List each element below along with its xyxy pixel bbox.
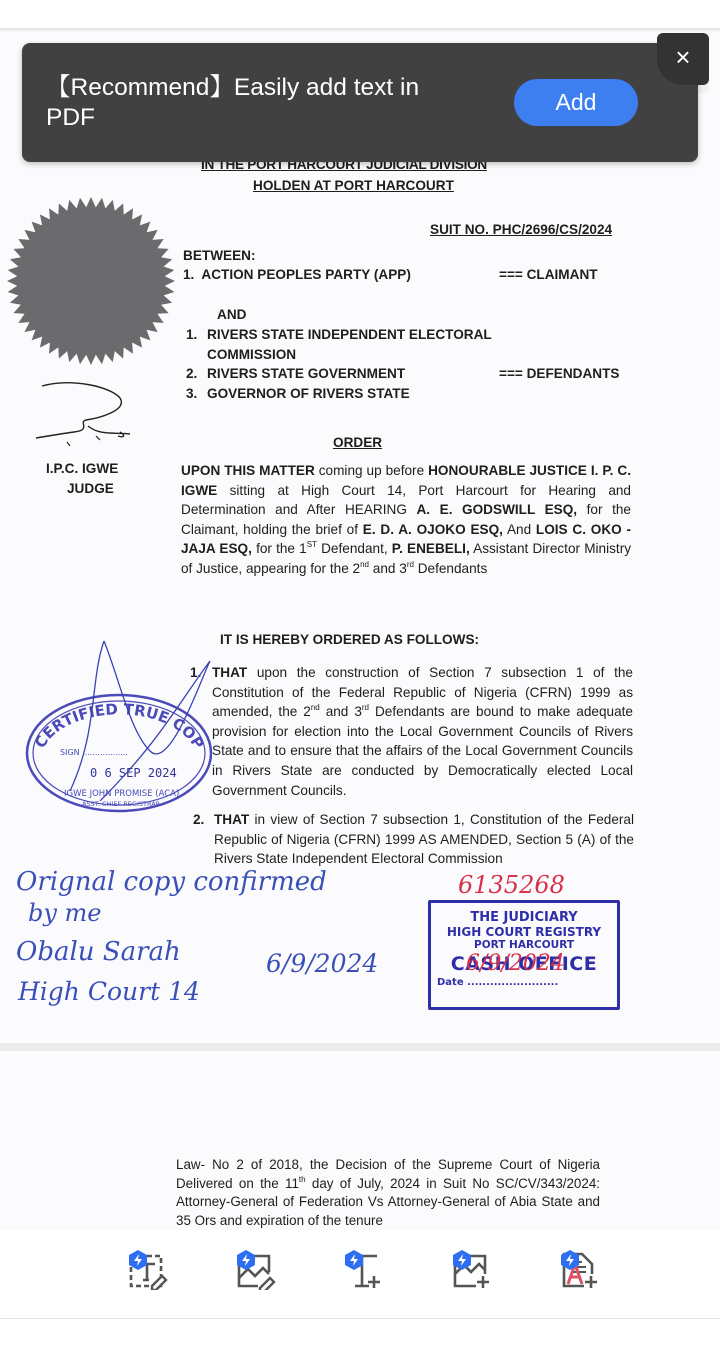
order-1-text: THAT upon the construction of Section 7 … bbox=[212, 663, 633, 800]
handwritten-note-line-1: Orignal copy confirmed bbox=[16, 867, 327, 897]
svg-text:ASST. CHIEF REGISTRAR: ASST. CHIEF REGISTRAR bbox=[82, 800, 161, 808]
and-label: AND bbox=[217, 305, 246, 325]
between-label: BETWEEN: bbox=[183, 246, 256, 266]
order-preamble: UPON THIS MATTER coming up before HONOUR… bbox=[181, 461, 631, 579]
premium-badge-icon bbox=[128, 1250, 148, 1270]
defendant-item: COMMISSION bbox=[186, 345, 492, 365]
top-bar bbox=[0, 0, 720, 29]
premium-badge-icon bbox=[452, 1250, 472, 1270]
claimant-role: === CLAIMANT bbox=[499, 265, 598, 285]
defendant-item: 3.GOVERNOR OF RIVERS STATE bbox=[186, 384, 492, 404]
order-2-text: THAT in view of Section 7 subsection 1, … bbox=[214, 810, 634, 869]
ordered-heading: IT IS HEREBY ORDERED AS FOLLOWS: bbox=[220, 630, 479, 650]
order-heading: ORDER bbox=[333, 433, 382, 453]
premium-badge-icon bbox=[236, 1250, 256, 1270]
edit-toolbar bbox=[0, 1230, 720, 1319]
premium-badge-icon bbox=[344, 1250, 364, 1270]
add-button[interactable]: Add bbox=[514, 79, 638, 126]
judge-signature-icon bbox=[30, 376, 140, 446]
defendant-item: 1.RIVERS STATE INDEPENDENT ELECTORAL bbox=[186, 325, 492, 345]
add-text-tool[interactable] bbox=[344, 1250, 390, 1296]
add-signature-tool[interactable] bbox=[560, 1250, 606, 1296]
edit-image-tool[interactable] bbox=[236, 1250, 282, 1296]
handwritten-note-date: 6/9/2024 bbox=[266, 949, 378, 978]
add-image-tool[interactable] bbox=[452, 1250, 498, 1296]
pdf-page-1: IN THE PORT HARCOURT JUDICIAL DIVISION H… bbox=[0, 31, 720, 1043]
defendants-list: 1.RIVERS STATE INDEPENDENT ELECTORAL COM… bbox=[186, 325, 492, 403]
registrar-signature-icon bbox=[60, 621, 230, 801]
pdf-page-2: Law- No 2 of 2018, the Decision of the S… bbox=[0, 1051, 720, 1230]
handwritten-note-line-3: Obalu Sarah bbox=[16, 937, 181, 967]
handwritten-note-line-2: by me bbox=[28, 899, 102, 927]
handwritten-note-line-5: High Court 14 bbox=[18, 977, 200, 1006]
defendants-role: === DEFENDANTS bbox=[499, 364, 620, 384]
holden-heading: HOLDEN AT PORT HARCOURT bbox=[253, 176, 454, 196]
recommend-popup: 【Recommend】Easily add text in PDF Add bbox=[22, 43, 698, 162]
handwritten-receipt-number: 6135268 bbox=[458, 871, 565, 899]
court-seal-icon bbox=[6, 196, 176, 366]
suit-number: SUIT NO. PHC/2696/CS/2024 bbox=[430, 220, 612, 240]
ocr-edit-text-tool[interactable] bbox=[128, 1250, 174, 1296]
pdf-viewer[interactable]: IN THE PORT HARCOURT JUDICIAL DIVISION H… bbox=[0, 29, 720, 1230]
popup-message: 【Recommend】Easily add text in PDF bbox=[46, 73, 466, 133]
page-2-text: Law- No 2 of 2018, the Decision of the S… bbox=[176, 1156, 600, 1230]
bottom-area bbox=[0, 1319, 720, 1350]
judge-title: JUDGE bbox=[67, 479, 114, 499]
defendant-item: 2.RIVERS STATE GOVERNMENT bbox=[186, 364, 492, 384]
judge-name: I.P.C. IGWE bbox=[46, 459, 118, 479]
handwritten-cash-date: 6/9/2024 bbox=[466, 951, 565, 976]
close-icon[interactable]: × bbox=[657, 33, 709, 85]
claimant-name: 1. ACTION PEOPLES PARTY (APP) bbox=[183, 265, 411, 285]
premium-badge-icon bbox=[560, 1250, 580, 1270]
